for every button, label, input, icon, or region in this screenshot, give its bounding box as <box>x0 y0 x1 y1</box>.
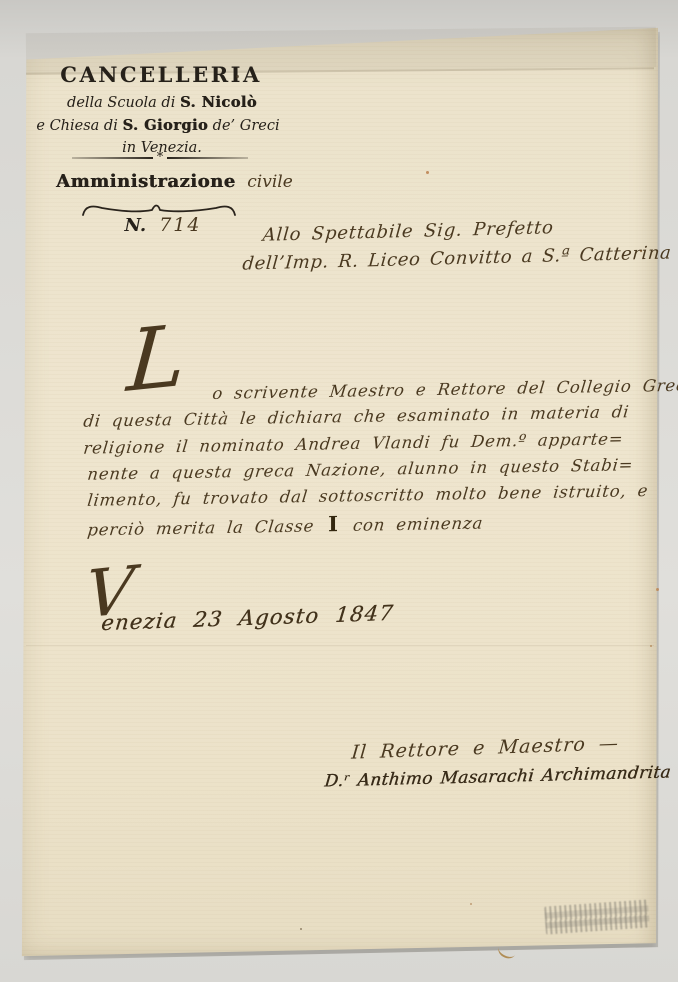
ink-speck <box>236 75 239 78</box>
rust-speck <box>650 645 652 647</box>
letterhead-line-chiesa: e Chiesa di S. Giorgio de’ Greci <box>28 117 288 134</box>
divider-line-right <box>167 157 248 159</box>
department-printed-label: Amministrazione <box>56 171 236 192</box>
letterhead-line-scuola: della Scuola di S. Nicolò <box>32 94 292 111</box>
saint-giorgio-name: S. Giorgio <box>122 117 208 134</box>
divider-line-left <box>72 157 153 159</box>
saint-nicolo-name: S. Nicolò <box>180 94 257 111</box>
letterhead-line-scuola-text: della Scuola di <box>67 95 175 111</box>
body-initial-letter: L <box>125 313 189 404</box>
letterhead-line-chiesa-text: e Chiesa di <box>36 118 117 134</box>
rust-speck <box>470 903 472 905</box>
rust-speck <box>640 250 642 252</box>
body-line-6-pre: perciò merita la Classe <box>86 516 315 539</box>
letterhead-title: CANCELLERIA <box>55 62 267 87</box>
letterhead-line-greci-text: de’ Greci <box>213 118 280 134</box>
protocol-number-label: N. <box>125 215 147 236</box>
protocol-number-value: 714 <box>159 214 201 236</box>
department-handwritten-word: civile <box>247 172 293 192</box>
rust-speck <box>426 171 429 174</box>
protocol-number: N. 714 <box>98 214 228 236</box>
rust-speck <box>656 588 659 591</box>
department-line: Amministrazione civile <box>56 171 293 192</box>
scan-background: CANCELLERIA della Scuola di S. Nicolò e … <box>0 0 678 982</box>
letterhead-divider: * <box>72 157 248 159</box>
ink-speck <box>300 928 302 930</box>
middle-fold-crease <box>26 645 654 646</box>
grade-numeral: I <box>326 511 343 536</box>
body-line-6-post: con eminenza <box>352 514 484 535</box>
